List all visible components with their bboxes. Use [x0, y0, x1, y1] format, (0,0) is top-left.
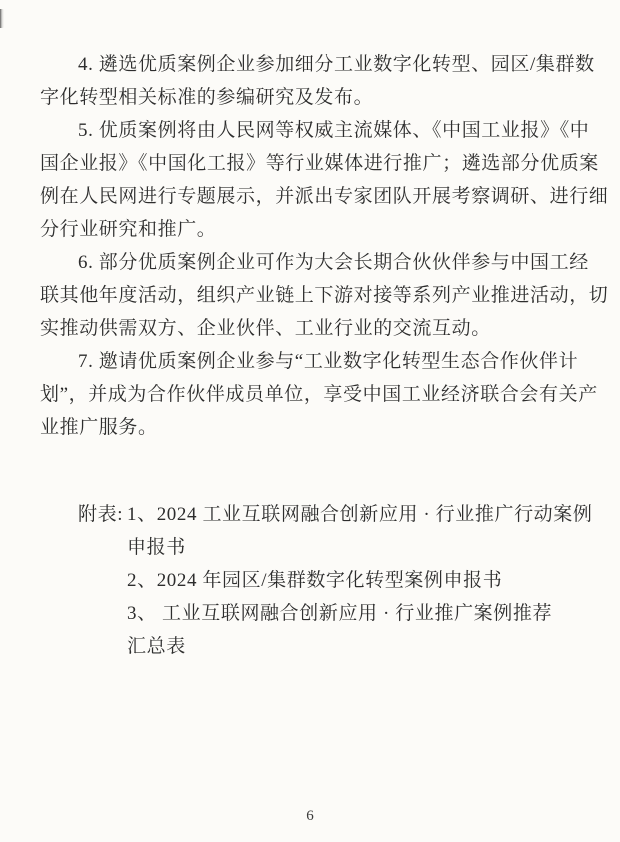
paragraph-line: 划”，并成为合作伙伴成员单位，享受中国工业经济联合会有关产: [40, 378, 605, 411]
paragraph-line: 4. 遴选优质案例企业参加细分工业数字化转型、园区/集群数: [40, 48, 605, 81]
paragraph-line: 5. 优质案例将由人民网等权威主流媒体、《中国工业报》《中: [40, 114, 605, 147]
attachment-items: 1、2024 工业互联网融合创新应用 · 行业推广行动案例 申报书 2、2024…: [127, 498, 592, 663]
document-page: 4. 遴选优质案例企业参加细分工业数字化转型、园区/集群数 字化转型相关标准的参…: [0, 0, 620, 842]
paragraph-line: 实推动供需双方、企业伙伴、工业行业的交流互动。: [40, 312, 605, 345]
paragraph-line: 字化转型相关标准的参编研究及发布。: [40, 81, 605, 114]
attachment-line: 3、 工业互联网融合创新应用 · 行业推广案例推荐: [127, 597, 592, 630]
scan-artifact: [0, 9, 4, 28]
paragraph-line: 7. 邀请优质案例企业参与“工业数字化转型生态合作伙伴计: [40, 345, 605, 378]
page-number: 6: [0, 806, 620, 826]
paragraph-6: 6. 部分优质案例企业可作为大会长期合伙伙伴参与中国工经 联其他年度活动，组织产…: [40, 246, 605, 345]
attachment-line: 汇总表: [127, 630, 592, 663]
paragraph-4: 4. 遴选优质案例企业参加细分工业数字化转型、园区/集群数 字化转型相关标准的参…: [40, 48, 605, 114]
attachment-list: 附表: 1、2024 工业互联网融合创新应用 · 行业推广行动案例 申报书 2、…: [78, 498, 592, 663]
paragraph-line: 国企业报》《中国化工报》等行业媒体进行推广；遴选部分优质案: [40, 147, 605, 180]
paragraph-line: 业推广服务。: [40, 411, 605, 444]
paragraph-7: 7. 邀请优质案例企业参与“工业数字化转型生态合作伙伴计 划”，并成为合作伙伴成…: [40, 345, 605, 444]
paragraph-5: 5. 优质案例将由人民网等权威主流媒体、《中国工业报》《中 国企业报》《中国化工…: [40, 114, 605, 246]
document-body: 4. 遴选优质案例企业参加细分工业数字化转型、园区/集群数 字化转型相关标准的参…: [40, 48, 605, 444]
paragraph-line: 例在人民网进行专题展示，并派出专家团队开展考察调研、进行细: [40, 180, 605, 213]
paragraph-line: 6. 部分优质案例企业可作为大会长期合伙伙伴参与中国工经: [40, 246, 605, 279]
paragraph-line: 分行业研究和推广。: [40, 213, 605, 246]
attachment-line: 1、2024 工业互联网融合创新应用 · 行业推广行动案例: [127, 498, 592, 531]
attachment-label: 附表:: [78, 498, 127, 531]
attachment-line: 2、2024 年园区/集群数字化转型案例申报书: [127, 564, 592, 597]
attachment-line: 申报书: [127, 531, 592, 564]
paragraph-line: 联其他年度活动，组织产业链上下游对接等系列产业推进活动，切: [40, 279, 605, 312]
